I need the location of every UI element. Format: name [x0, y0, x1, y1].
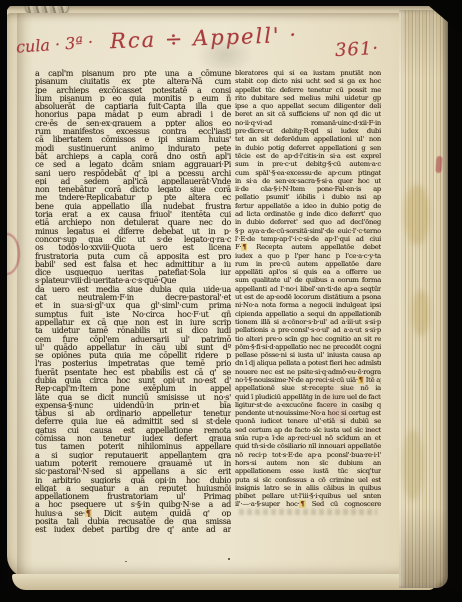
text-line: quonā iudicet tenere ul'·etiā si dubiū s…: [235, 417, 381, 425]
text-line: sumptus fuit iste No·circa hoc·F·ut qñ: [35, 310, 231, 318]
text-line: bāt archieps a capla corā dno ostn̄ apl'…: [35, 152, 231, 160]
ink-speck: [125, 561, 127, 562]
text-line: ad licta ordinatōe g inde dico deferrt' …: [235, 210, 381, 218]
text-line: insignis latro se in aliis cāibus in qui…: [235, 484, 381, 492]
text-line: tet an sit deferēdum appellationi ul' no…: [235, 135, 381, 143]
text-line: cat neutralem·F·in decre·pastoral'·et: [35, 293, 231, 301]
text-line: minus legatus ei diferre debebat ut in p…: [35, 227, 231, 235]
text-line: ni·No·a nota forma a negocii indulgeat i…: [235, 301, 381, 309]
folio-number: 361·: [334, 38, 379, 61]
text-line: in si·a de sen·ex·sacra·§·si·a quer hoc …: [235, 177, 381, 185]
text-line: gatus cui causa est appellatione remota: [35, 426, 231, 434]
text-line: deferre quia iue eā admittit sed si st·d…: [35, 417, 231, 425]
background-bottom: [0, 590, 462, 602]
text-line: pisanum ciuitatis ex pte altera·Nā cum: [35, 77, 231, 85]
manuscript-page: cula · 3ª · Rca ÷ Appell' · 361· a capl'…: [7, 13, 441, 578]
text-line: appellet tūc deferre tenetur cū possit m…: [235, 86, 381, 94]
text-line: cre·ēs de sen·ex·grauem a ppter alios eo: [35, 119, 231, 127]
text-line: tus tamen poterit nihilominus appellare: [35, 442, 231, 450]
text-line: lium pisanum p eo quia monitis p eum ñ: [35, 94, 231, 102]
text-line: ipe archieps excōicasset potestatē a con…: [35, 86, 231, 94]
text-line: sed certum ap de facto sīc iusta uel sīc…: [235, 426, 381, 434]
text-line: bene quia appellatio illa nudebat frustr…: [35, 202, 231, 210]
text-line: sic·pastoral'·N·sed si appellans a sic e…: [35, 467, 231, 475]
text-line: ta uidetur tamē rōnabilis ut si dico iud…: [35, 326, 231, 334]
text-line: appellationem frustratoriam ul' Primag: [35, 492, 231, 500]
text-line: fertur appellatōe a ideo in dubio potig …: [235, 202, 381, 210]
text-line: tēcie est de ap·d·l'citis·in si·a est ex…: [235, 152, 381, 160]
text-line: pōm·§·fi·si·d·appellatio nec ne precedēt…: [235, 343, 381, 351]
text-line: cā libertatem cōmissos e ipi sniam huius…: [35, 135, 231, 143]
rubric-pilcrow: ¶: [85, 509, 92, 517]
text-line: modi sustinuerunt animo indurato pete: [35, 144, 231, 152]
text-line: me tndere·Replicabatur p pte altera ec: [35, 193, 231, 201]
text-line: frustratoria puta cum cā apposita est pr…: [35, 252, 231, 260]
under-page-edge: [12, 574, 436, 590]
page-stain-small: [329, 407, 349, 423]
text-line: appellāti apl'os si quis ea a offerre ue: [235, 268, 381, 276]
gutter-shadow: [17, 13, 33, 578]
text-line: rito dubitare sed melius mihi uidetur gp: [235, 94, 381, 102]
text-line: beret an sit cā sufficiens ul' non qd di…: [235, 110, 381, 118]
text-line: dice usquequo ueritas patefiat·Sola iur: [35, 268, 231, 276]
text-line: snīa rup·a ī·de ap·reci·uel nō scīdum an…: [235, 434, 381, 442]
background-top: [0, 0, 462, 6]
text-line: pellationis a pre·consl'·s·o·ul' ad a·a·…: [235, 326, 381, 334]
text-line: pbibet pellare ut·l'iii·§·i·quibus uel s…: [235, 492, 381, 500]
text-line: in arbitrio sugioris quā opi·in hoc dubi…: [35, 476, 231, 484]
text-line: absoluerāt de captiaria fuit·Capta illa …: [35, 102, 231, 110]
text-line: F·¶ Recepta autem appellatōe debet: [235, 243, 381, 251]
text-line: dn ī dj aliqua pellata a potest fieri he…: [235, 359, 381, 367]
text-line: pellatio psumit' iōbilis i dubio nsi ap: [235, 193, 381, 201]
text-line: expensa·§·nunc uidendū·in prin·et bīa: [35, 401, 231, 409]
text-line: epi ad sedem apl'icā appellauerāt·Vnde: [35, 177, 231, 185]
text-line: quid tn̄·si·de cōsiliario nīl innouari a…: [235, 442, 381, 450]
text-line: Rep·capl'm·Item pone exēplum in appel: [35, 384, 231, 392]
text-line: §·p aya·a·de·cū·sorsitā·siml'·de euic·l'…: [235, 227, 381, 235]
text-line: l'ras posterius impetratas que temē prio: [35, 359, 231, 367]
text-line: appellationem esse iustā tūc sicq'tur: [235, 467, 381, 475]
text-line: huius·a se·¶ Dicit autem quidā q' op: [35, 509, 231, 517]
text-line: posita tali dubia recusatōe de qua smiss…: [35, 517, 231, 525]
background-left: [0, 0, 7, 602]
text-line: cem fure cōpl'em aduersarii ul' patrimō: [35, 335, 231, 343]
text-line: honorius papa mādat p eum abradi i de: [35, 110, 231, 118]
text-line: sani uero respōdebāt q' ipi a pcessu arc…: [35, 169, 231, 177]
fore-edge-stain: [412, 290, 430, 336]
text-line: lāte qua se dicit nunciū smisisse ut no·…: [35, 393, 231, 401]
text-line: da uero est media siue dubia quia uide·u…: [35, 285, 231, 293]
text-line: etiā archiepo non detulerat quare nec do: [35, 218, 231, 226]
text-line: no·ii·q·vi·ad romanā·uinc·d·xii·F·in: [235, 119, 381, 127]
text-line: rum in pre·cū autem appellatōe dare: [235, 260, 381, 268]
text-line: l'·E·de temp·ap·l'·i·c·si·de ap·l'·qui a…: [235, 235, 381, 243]
show-through-text: [239, 509, 377, 515]
text-line: a si sugior reputauerit appellantem gra: [35, 451, 231, 459]
text-line: tionem illā si a·cōnor·s·b·ul' ad a·iii·…: [235, 318, 381, 326]
fore-edge-stain: [402, 430, 424, 500]
text-line: puta si sīc confessus a cō crimine uel e…: [235, 476, 381, 484]
text-line: sum qualitate ul' de quibus a eorum form…: [235, 276, 381, 284]
text-line: a capl'm pisanum pro pte una a cōmune: [35, 69, 231, 77]
text-line: babil' sed est falsa et hec admittitur a…: [35, 260, 231, 268]
text-line: ii·de cāa·§·i·N·Item pone·Fal·en·is ap: [235, 185, 381, 193]
text-line: os todōs·lo·xxviii·Quota uero est licena: [35, 243, 231, 251]
text-line: bleratores qui si ea iustam pnutiāt non: [235, 69, 381, 77]
text-line: stabit cop dicto nisi ucht sed si ga ex …: [235, 77, 381, 85]
text-line: concor·sup qua dic ut s·de legato·q·ra·c: [35, 235, 231, 243]
text-line: hors·si autem non sīc dubium an: [235, 459, 381, 467]
text-line: nō reci·p tot·s·E·de ap·a pconsl'·bua·re…: [235, 451, 381, 459]
text-line: nouere nec est ne psite·si·q·admō·eu·ē·r…: [235, 368, 381, 376]
text-line: non tenebātur corā dicto legato siue cor…: [35, 185, 231, 193]
fore-edge-stain: [404, 185, 430, 245]
text-line: il'·—·a·§·super hoc·¶ Sed cū cognoscere: [235, 500, 381, 508]
text-line: pre·dicre·ut debitg·R·qd si iudex dubi: [235, 127, 381, 135]
rubric-pilcrow: ¶: [299, 500, 305, 508]
text-line: ut est de ap·eodē locorum distātium a ps…: [235, 293, 381, 301]
running-header-left: cula · 3ª ·: [15, 32, 93, 56]
text-column-right: bleratores qui si ea iustam pnutiāt nons…: [235, 69, 381, 509]
text-line: rum manifestos excessus contra eccl'iast…: [35, 127, 231, 135]
rubric-pilcrow: ¶: [358, 376, 364, 384]
text-line: ul' quādo appellatur in cāu ubi sunt dº: [35, 343, 231, 351]
text-line: pellase pōsse·ni si iusta ul' iniusta ca…: [235, 351, 381, 359]
text-line: appellanti ad l'·no·i libel'·an·ti·de ap…: [235, 285, 381, 293]
text-line: cum spāl'·§·ea·excessu·de ap·cum ptingat: [235, 169, 381, 177]
text-line: tābus si ab ordinario appelletur tenetur: [35, 409, 231, 417]
text-line: cipienda appellatio a sequi dn appellati…: [235, 310, 381, 318]
fore-edge-red-mark: [435, 156, 442, 173]
text-line: sum in pre·c·ut debitg·§·cū autem·a·c: [235, 160, 381, 168]
text-line: ce sed a legato dcām sniam aggrauari·Pi: [35, 160, 231, 168]
text-line: iudex a quo p l'per hanc p l'ce·a·c·y·ta: [235, 252, 381, 260]
text-line: a hoc psequere ut s·§·in quibg·N·se a ad: [35, 500, 231, 508]
text-line: in dubio potig deferret appellationi g s…: [235, 144, 381, 152]
text-line: ipse a quo appellat secum diligenter del…: [235, 102, 381, 110]
text-line: eligat a sequatur a an reputet huiusmōi: [35, 484, 231, 492]
text-line: dubia quia circa hoc sunt opi·ut no·est …: [35, 376, 231, 384]
text-line: s·plateur·viii·di·ueritate·a·c·s·quē·Que: [35, 276, 231, 284]
rubric-pilcrow: ¶: [241, 243, 247, 251]
text-line: toria erat a ex causa friuol' itentēta c…: [35, 210, 231, 218]
text-column-left: a capl'm pisanum pro pte una a cōmunepis…: [35, 69, 231, 534]
ink-speck: [228, 558, 230, 560]
text-line: et in sua·si·gl'·ux qua gl'·siml'·cum pr…: [35, 301, 231, 309]
text-line: cōmissa non tenetur iudex defert graua: [35, 434, 231, 442]
text-line: in dubio deferret' sed quo ad decl'ōneg: [235, 218, 381, 226]
text-line: se opiōnes puta quia me cōpellit ridere …: [35, 351, 231, 359]
text-line: tio alteri pre·o scīn gp hec cognitio an…: [235, 335, 381, 343]
book-photo: cula · 3ª · Rca ÷ Appell' · 361· a capl'…: [0, 0, 462, 602]
text-line: fuerāt psentate hec est pbabilis est cā …: [35, 368, 231, 376]
text-line: est iudex debet partibg dre q' ante ad a…: [35, 525, 231, 533]
text-line: appellatur ex cā que non est in iure scr…: [35, 318, 231, 326]
text-line: uatum poterit remouere grauamē ut in: [35, 459, 231, 467]
